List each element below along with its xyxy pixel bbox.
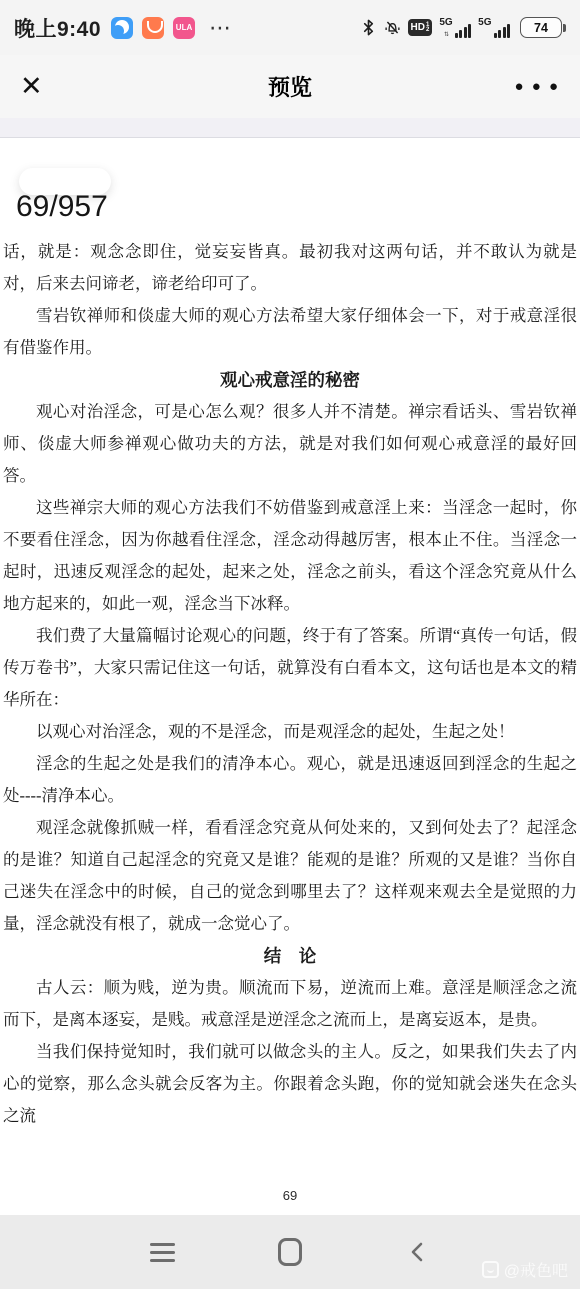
preview-header: ✕ 预览 ● ● ● (0, 55, 580, 118)
more-menu-icon[interactable]: ● ● ● (514, 78, 560, 95)
back-button[interactable] (354, 1241, 482, 1263)
tieba-icon (482, 1261, 499, 1278)
status-bar: 晚上9:40 ULA ⋯ HD 1 2 (0, 0, 580, 55)
home-button[interactable] (226, 1238, 354, 1266)
battery-percent: 74 (520, 17, 562, 38)
more-notifications-icon: ⋯ (209, 23, 233, 33)
back-chevron-icon (407, 1241, 429, 1263)
document-preview[interactable]: 69/957 话，就是：观念念即住，觉妄妄皆真。最初我对这两句话，并不敢认为就是… (0, 138, 580, 1215)
paragraph: 古人云：顺为贱，逆为贵。顺流而下易，逆流而上难。意淫是顺淫念之流而下，是离本逐妄… (3, 972, 577, 1036)
paragraph: 雪岩钦禅师和倓虚大师的观心方法希望大家仔细体会一下，对于戒意淫很有借鉴作用。 (3, 300, 577, 364)
home-icon (278, 1238, 302, 1266)
volte-hd-icon: HD 1 2 (408, 19, 433, 36)
paragraph: 淫念的生起之处是我们的清净本心。观心，就是迅速返回到淫念的生起之处----清净本… (3, 748, 577, 812)
page-number: 69 (0, 1188, 580, 1203)
shopping-app-icon (142, 17, 164, 39)
paragraph: 这些禅宗大师的观心方法我们不妨借鉴到戒意淫上来：当淫念一起时，你不要看住淫念，因… (3, 492, 577, 620)
battery-icon: 74 (520, 17, 566, 38)
signal-sim2-icon: 5G (478, 18, 510, 38)
watermark-text: @戒色吧 (504, 1258, 568, 1281)
paragraph: 当我们保持觉知时，我们就可以做念头的主人。反之，如果我们失去了内心的觉察，那么念… (3, 1036, 577, 1132)
browser-app-icon (111, 17, 133, 39)
signal-sim1-icon: 5G ⇅ (439, 18, 471, 38)
watermark: @戒色吧 (482, 1258, 568, 1281)
pink-app-icon: ULA (173, 17, 195, 39)
bluetooth-icon (360, 18, 377, 37)
phone-screen: 晚上9:40 ULA ⋯ HD 1 2 (0, 0, 580, 1289)
paragraph: 我们费了大量篇幅讨论观心的问题，终于有了答案。所谓“真传一句话，假传万卷书”，大… (3, 620, 577, 716)
paragraph: 话，就是：观念念即住，觉妄妄皆真。最初我对这两句话，并不敢认为就是对，后来去问谛… (3, 236, 577, 300)
menu-icon (150, 1243, 175, 1262)
clock: 晚上9:40 (14, 13, 101, 43)
close-icon[interactable]: ✕ (20, 73, 43, 100)
page-indicator: 69/957 (16, 190, 108, 224)
recents-button[interactable] (98, 1243, 226, 1262)
status-bar-right: HD 1 2 5G ⇅ 5G 74 (360, 17, 566, 38)
paragraph: 观心对治淫念，可是心怎么观？很多人并不清楚。禅宗看话头、雪岩钦禅师、倓虚大师参禅… (3, 396, 577, 492)
paragraph: 结 论 (3, 940, 577, 972)
page-title: 预览 (268, 71, 312, 102)
document-body: 话，就是：观念念即住，觉妄妄皆真。最初我对这两句话，并不敢认为就是对，后来去问谛… (0, 138, 580, 1132)
mute-vibrate-icon (384, 18, 401, 37)
android-nav-bar: @戒色吧 (0, 1215, 580, 1289)
paragraph: 观心戒意淫的秘密 (3, 364, 577, 396)
paragraph: 观淫念就像抓贼一样，看看淫念究竟从何处来的，又到何处去了？起淫念的是谁？知道自己… (3, 812, 577, 940)
header-divider (0, 118, 580, 138)
paragraph: 以观心对治淫念，观的不是淫念，而是观淫念的起处，生起之处！ (3, 716, 577, 748)
notification-app-icons: ULA (111, 17, 195, 39)
